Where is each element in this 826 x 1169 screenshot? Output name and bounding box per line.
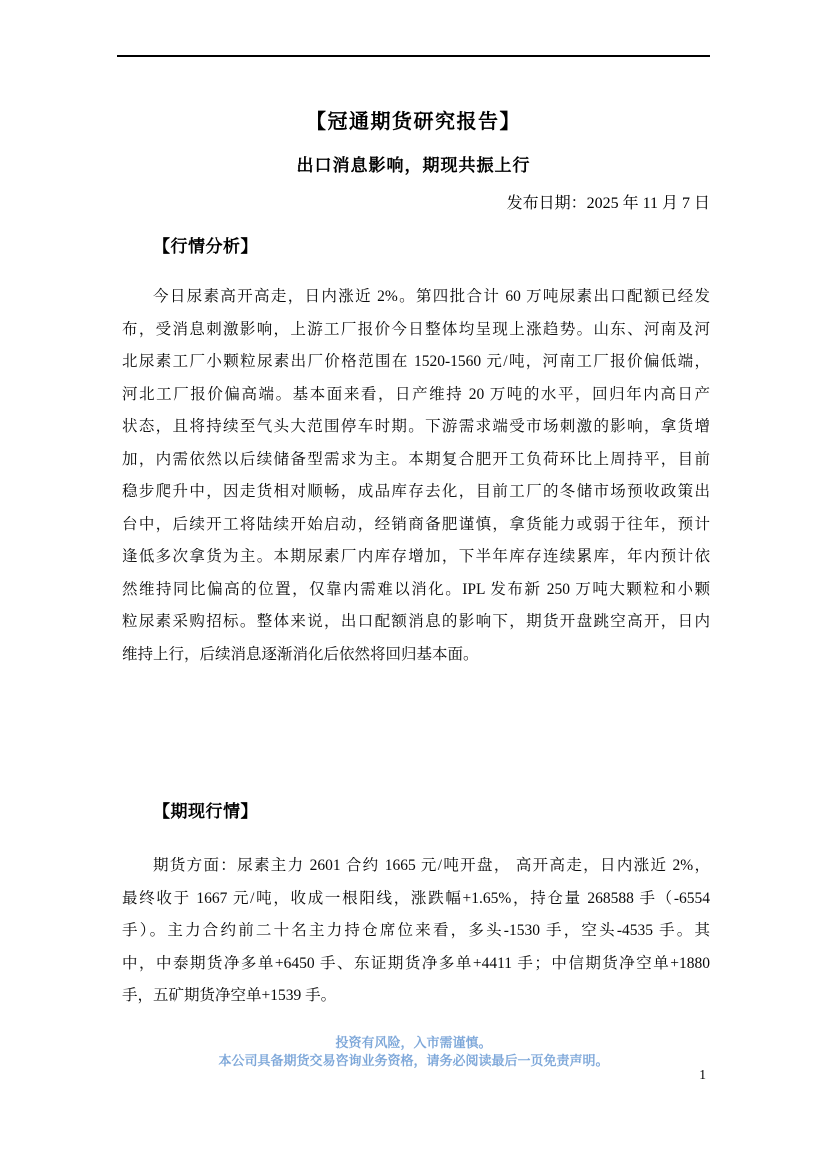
paragraph-line: 手，五矿期货净空单+1539 手。 — [122, 980, 710, 1013]
paragraph-line: 台中，后续开工将陆续开始启动，经销商备肥谨慎，拿货能力或弱于往年，预计 — [122, 509, 710, 542]
report-subtitle: 出口消息影响，期现共振上行 — [117, 156, 710, 176]
report-page: 【冠通期货研究报告】 出口消息影响，期现共振上行 发布日期：2025 年 11 … — [0, 0, 826, 1169]
footer-qualification-notice: 本公司具备期货交易咨询业务资格，请务必阅读最后一页免责声明。 — [117, 1052, 710, 1070]
publish-date: 发布日期：2025 年 11 月 7 日 — [117, 194, 710, 213]
paragraph-line: 最终收于 1667 元/吨，收成一根阳线，涨跌幅+1.65%，持仓量 26858… — [122, 883, 710, 916]
paragraph-line: 加，内需依然以后续储备型需求为主。本期复合肥开工负荷环比上周持平，目前 — [122, 444, 710, 477]
paragraph-line: 北尿素工厂小颗粒尿素出厂价格范围在 1520-1560 元/吨，河南工厂报价偏低… — [122, 346, 710, 379]
paragraph-line: 逢低多次拿货为主。本期尿素厂内库存增加，下半年库存连续累库，年内预计依 — [122, 541, 710, 574]
report-title: 【冠通期货研究报告】 — [117, 110, 710, 134]
section-heading-futures-spot: 【期现行情】 — [153, 802, 258, 822]
paragraph-line: 维持上行，后续消息逐渐消化后依然将回归基本面。 — [122, 639, 710, 672]
paragraph-futures-spot: 期货方面：尿素主力 2601 合约 1665 元/吨开盘， 高开高走，日内涨近 … — [122, 850, 710, 1013]
paragraph-line: 手）。主力合约前二十名主力持仓席位来看，多头-1530 手，空头-4535 手。… — [122, 915, 710, 948]
paragraph-market-analysis: 今日尿素高开高走，日内涨近 2%。第四批合计 60 万吨尿素出口配额已经发布，受… — [122, 281, 710, 671]
paragraph-line: 中，中泰期货净多单+6450 手、东证期货净多单+4411 手；中信期货净空单+… — [122, 948, 710, 981]
paragraph-line: 稳步爬升中，因走货相对顺畅，成品库存去化，目前工厂的冬储市场预收政策出 — [122, 476, 710, 509]
footer-risk-warning: 投资有风险，入市需谨慎。 — [117, 1034, 710, 1052]
section-heading-market-analysis: 【行情分析】 — [153, 237, 258, 257]
header-rule — [117, 55, 710, 57]
paragraph-line: 期货方面：尿素主力 2601 合约 1665 元/吨开盘， 高开高走，日内涨近 … — [122, 850, 710, 883]
paragraph-line: 粒尿素采购招标。整体来说，出口配额消息的影响下，期货开盘跳空高开，日内 — [122, 606, 710, 639]
paragraph-line: 河北工厂报价偏高端。基本面来看，日产维持 20 万吨的水平，回归年内高日产 — [122, 379, 710, 412]
paragraph-line: 状态，且将持续至气头大范围停车时期。下游需求端受市场刺激的影响，拿货增 — [122, 411, 710, 444]
paragraph-line: 今日尿素高开高走，日内涨近 2%。第四批合计 60 万吨尿素出口配额已经发 — [122, 281, 710, 314]
paragraph-line: 布，受消息刺激影响，上游工厂报价今日整体均呈现上涨趋势。山东、河南及河 — [122, 314, 710, 347]
paragraph-line: 然维持同比偏高的位置，仅靠内需难以消化。IPL 发布新 250 万吨大颗粒和小颗 — [122, 574, 710, 607]
page-number: 1 — [699, 1067, 706, 1083]
footer-disclaimer: 投资有风险，入市需谨慎。 本公司具备期货交易咨询业务资格，请务必阅读最后一页免责… — [117, 1034, 710, 1069]
